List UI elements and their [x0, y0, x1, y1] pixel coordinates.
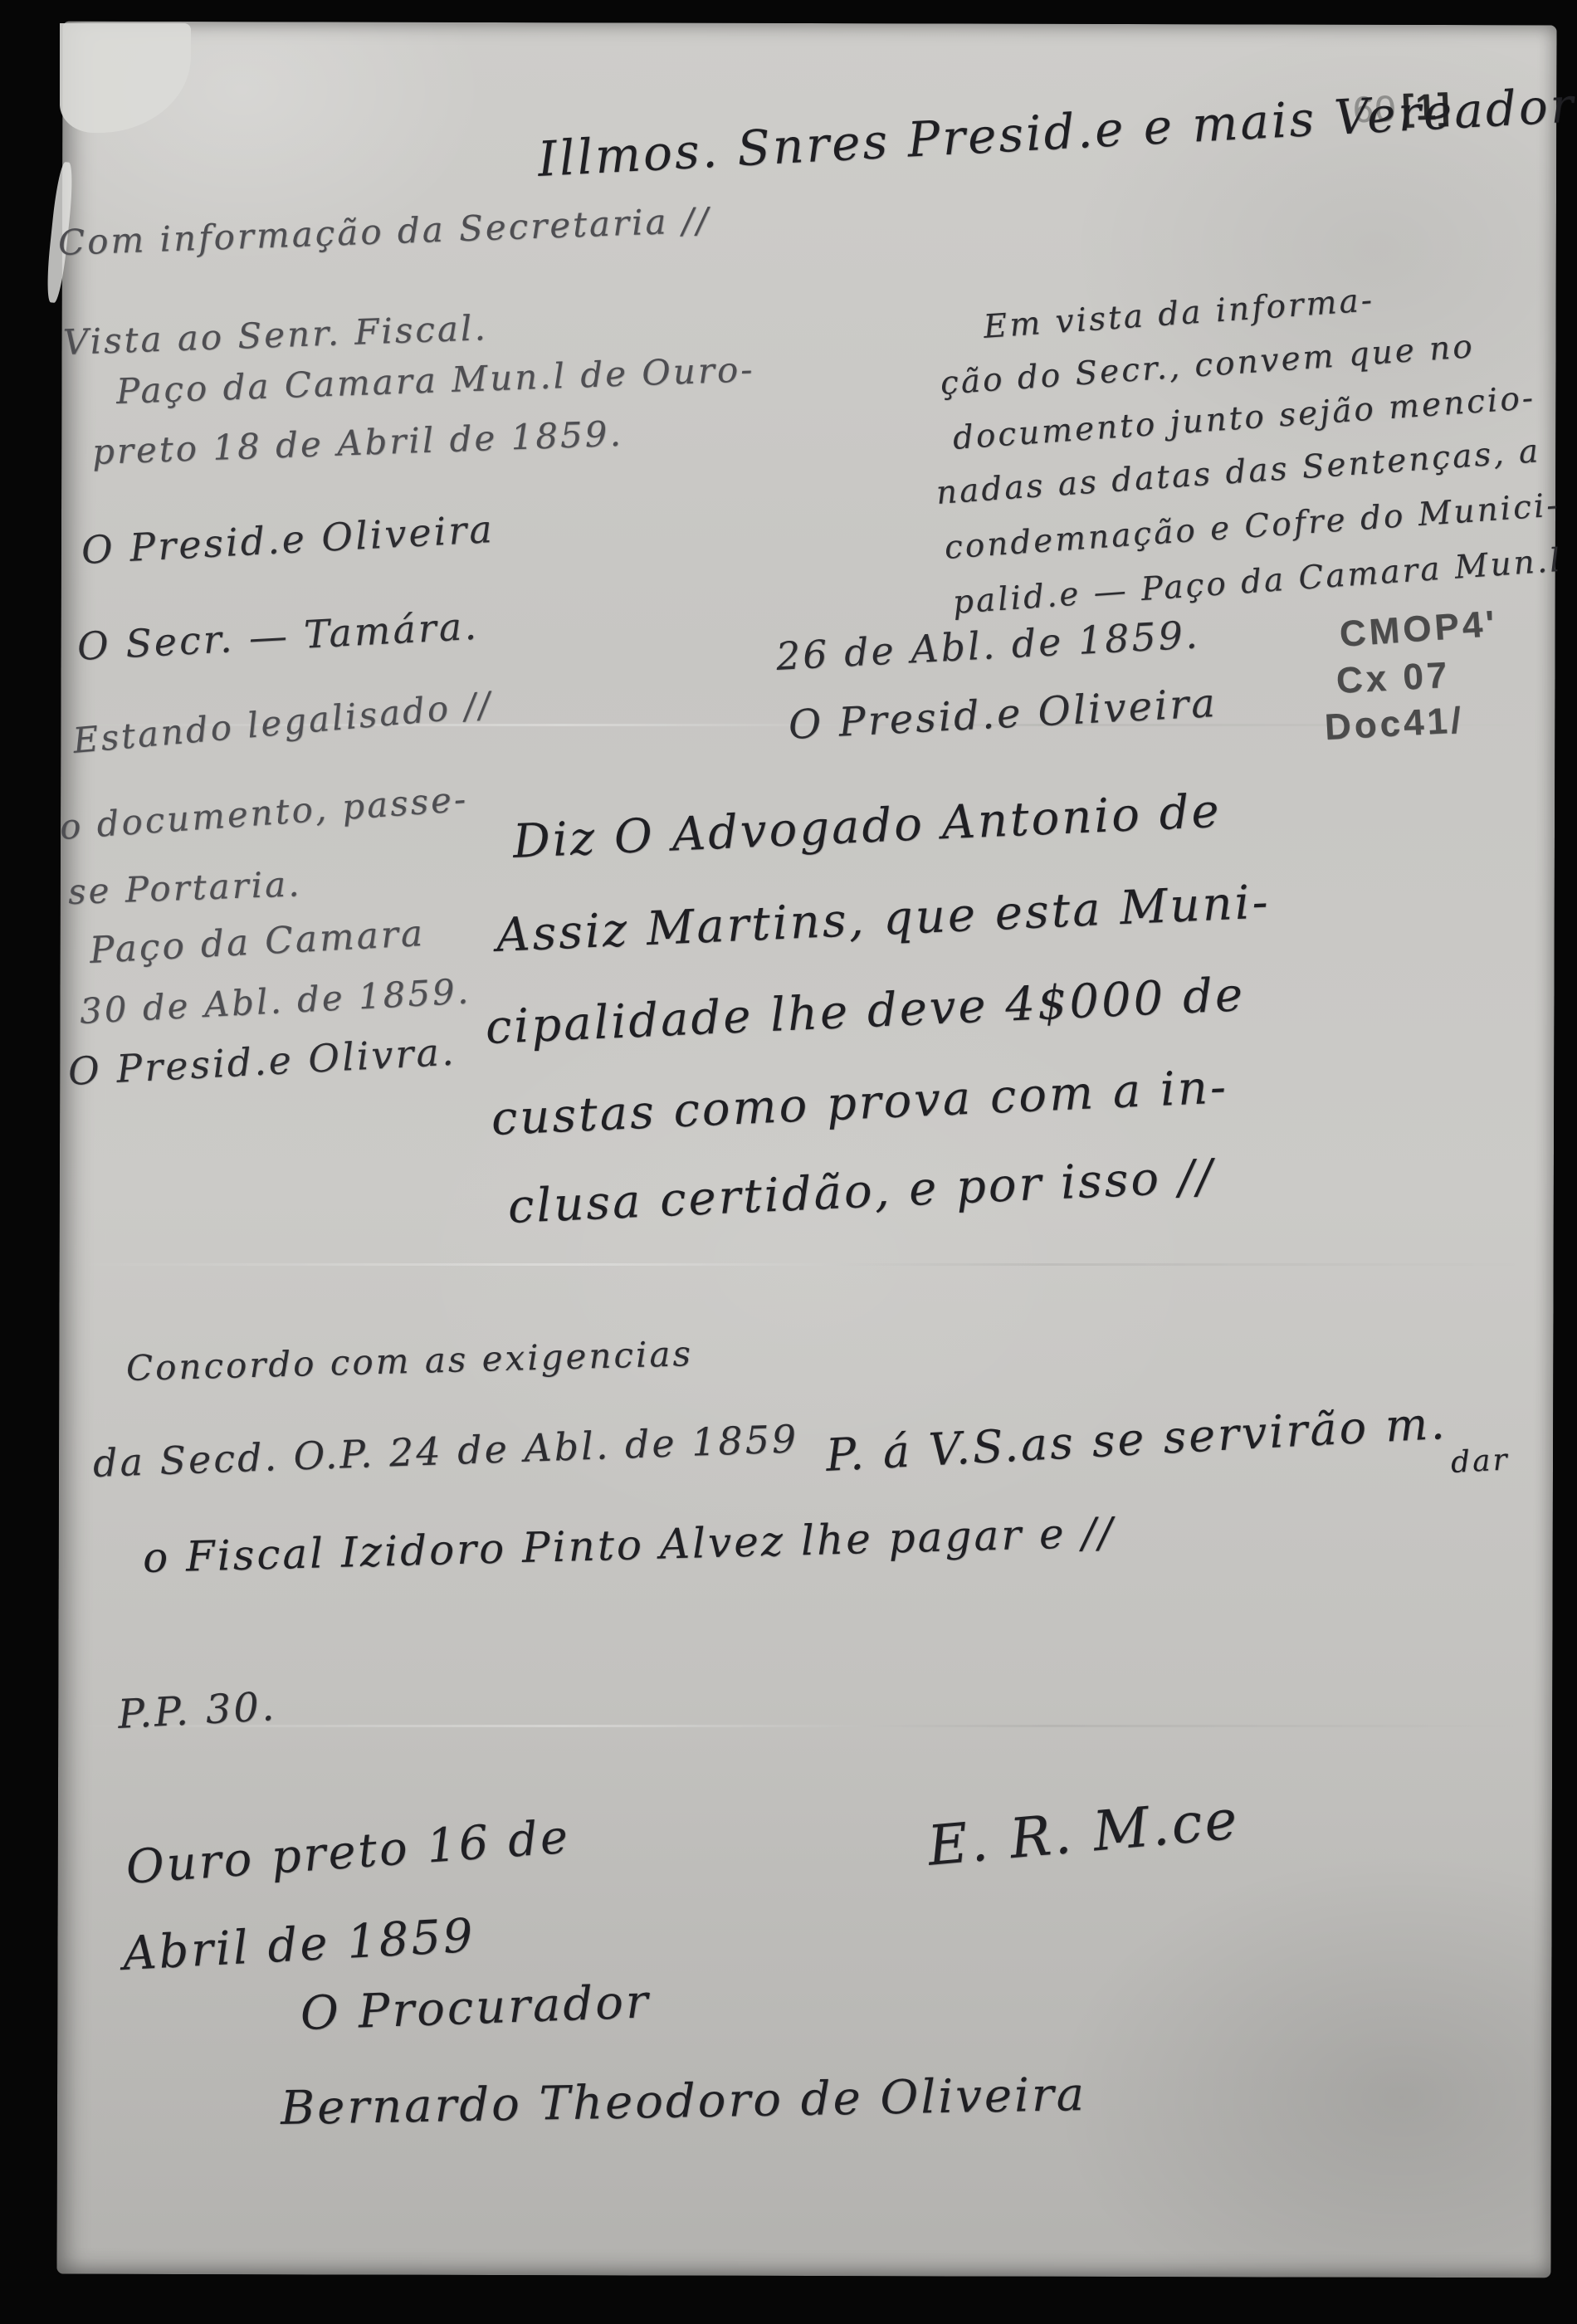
archival-stamp-line: Cx 07 — [1335, 655, 1452, 702]
archival-stamp-line: Doc41/ — [1324, 700, 1466, 749]
protocol-number: P.P. 30. — [117, 1683, 278, 1738]
document-scan: 60[1] CMOP4' Cx 07 Doc41/ Illmos. Snres … — [0, 0, 1577, 2324]
portaria-note-line: se Portaria. — [67, 863, 302, 912]
paper-crease — [75, 1263, 1535, 1266]
paper-crease — [75, 1725, 1535, 1727]
request-line-continuation: dar — [1450, 1443, 1511, 1480]
